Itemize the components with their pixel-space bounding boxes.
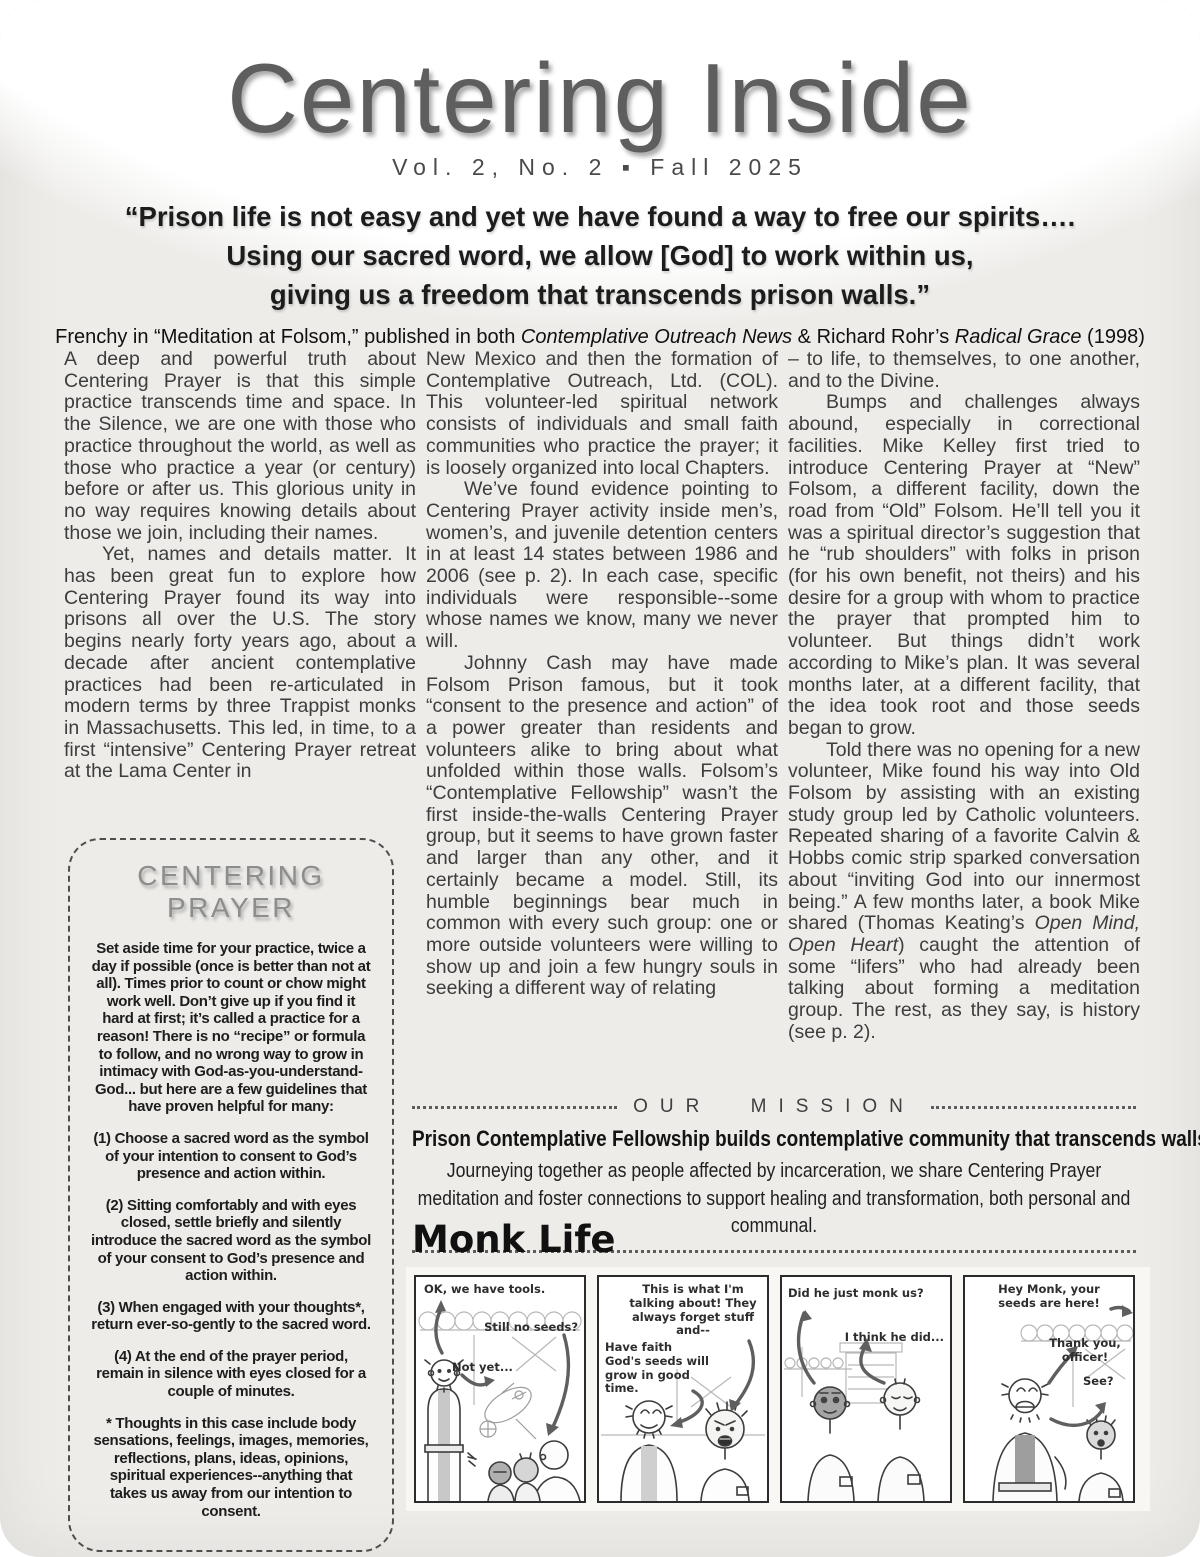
paragraph-text: Told there was no opening for a new volu… (788, 739, 1140, 935)
mission-heading-row: OUR MISSION (412, 1096, 1136, 1118)
article-paragraph: New Mexico and then the formation of Con… (426, 349, 778, 479)
speech-text: Still no seeds? (470, 1321, 578, 1335)
sidebar-guideline: (1) Choose a sacred word as the symbol o… (90, 1130, 372, 1183)
article-paragraph: We’ve found evidence pointing to Centeri… (426, 479, 778, 653)
monk-figure (621, 1401, 677, 1501)
speech-text: Did he just monk us? (788, 1287, 930, 1301)
article-paragraph: – to life, to themselves, to one another… (788, 349, 1140, 392)
pull-quote-line: Using our sacred word, we allow [God] to… (0, 236, 1200, 275)
mission-label: OUR MISSION (633, 1096, 915, 1118)
sidebar-guideline: (3) When engaged with your thoughts*, re… (90, 1299, 372, 1334)
article-paragraph: Yet, names and details matter. It has be… (64, 544, 416, 783)
kid-figure-left (808, 1387, 854, 1501)
masthead: Centering Inside Vol. 2, No. 2 ▪ Fall 20… (0, 48, 1200, 349)
speech-text: Have faith God's seeds will grow in good… (605, 1341, 711, 1396)
group-figures (488, 1441, 580, 1501)
comic-drawing-monked (782, 1277, 950, 1501)
comic-drawing-tools (416, 1277, 584, 1501)
speech-arrows (1049, 1305, 1133, 1425)
article-paragraph: Told there was no opening for a new volu… (788, 740, 1140, 1044)
comic-panel-3: Did he just monk us? I think he did... (780, 1275, 952, 1503)
speech-arrows (799, 1310, 884, 1383)
attribution-publication: Contemplative Outreach News (521, 326, 792, 348)
issue-line: Vol. 2, No. 2 ▪ Fall 2025 (0, 154, 1200, 181)
newsletter-title: Centering Inside (0, 48, 1200, 150)
wheelbarrow-tools (479, 1380, 537, 1439)
sidebar-guideline: (4) At the end of the prayer period, rem… (90, 1348, 372, 1401)
speech-text: I think he did... (838, 1331, 944, 1345)
speech-text: Thank you, officer! (1041, 1337, 1129, 1365)
comic-panel-1: OK, we have tools. Still no seeds? Not y… (414, 1275, 586, 1503)
attribution-text: (1998) (1082, 326, 1145, 348)
sidebar-heading: CENTERING PRAYER (90, 860, 372, 924)
quote-attribution: Frenchy in “Meditation at Folsom,” publi… (0, 326, 1200, 349)
kid-figure (1079, 1416, 1123, 1501)
speech-text: This is what I'm talking about! They alw… (623, 1283, 763, 1338)
sidebar-guideline: (2) Sitting comfortably and with eyes cl… (90, 1197, 372, 1285)
speech-text: See? (1083, 1375, 1127, 1389)
centering-prayer-box: CENTERING PRAYER Set aside time for your… (68, 838, 394, 1552)
pull-quote-line: giving us a freedom that transcends pris… (0, 275, 1200, 314)
speech-text: Not yet... (452, 1361, 532, 1375)
article-column-3: – to life, to themselves, to one another… (788, 349, 1140, 1044)
article-paragraph: A deep and powerful truth about Centerin… (64, 349, 416, 544)
pull-quote: “Prison life is not easy and yet we have… (0, 197, 1200, 314)
speech-text: OK, we have tools. (424, 1283, 574, 1297)
comic-drawing-seeds (965, 1277, 1133, 1501)
article-paragraph: Johnny Cash may have made Folsom Prison … (426, 653, 778, 1000)
comic-panel-2: This is what I'm talking about! They alw… (597, 1275, 769, 1503)
pull-quote-line: “Prison life is not easy and yet we have… (0, 197, 1200, 236)
monk-figure (993, 1379, 1066, 1501)
article-paragraph: Bumps and challenges always abound, espe… (788, 392, 1140, 739)
attribution-text: Frenchy in “Meditation at Folsom,” publi… (55, 326, 521, 348)
speech-text: Hey Monk, your seeds are here! (987, 1283, 1111, 1311)
sidebar-footnote: * Thoughts in this case include body sen… (90, 1415, 372, 1521)
attribution-publication: Radical Grace (955, 326, 1082, 348)
sidebar-intro: Set aside time for your practice, twice … (90, 940, 372, 1116)
article-column-2: New Mexico and then the formation of Con… (426, 349, 778, 1044)
kid-figure-right (878, 1379, 924, 1501)
dotted-rule (412, 1106, 617, 1109)
dotted-rule (931, 1106, 1136, 1109)
angry-kid-figure (701, 1402, 749, 1501)
newsletter-page: Centering Inside Vol. 2, No. 2 ▪ Fall 20… (0, 0, 1200, 1557)
attribution-text: & Richard Rohr’s (792, 326, 955, 348)
comic-section: Monk Life (406, 1218, 1150, 1511)
comic-strip: OK, we have tools. Still no seeds? Not y… (406, 1267, 1150, 1511)
comic-title: Monk Life (412, 1218, 1150, 1261)
mission-statement: Prison Contemplative Fellowship builds c… (412, 1126, 1136, 1152)
comic-panel-4: Hey Monk, your seeds are here! Thank you… (963, 1275, 1135, 1503)
